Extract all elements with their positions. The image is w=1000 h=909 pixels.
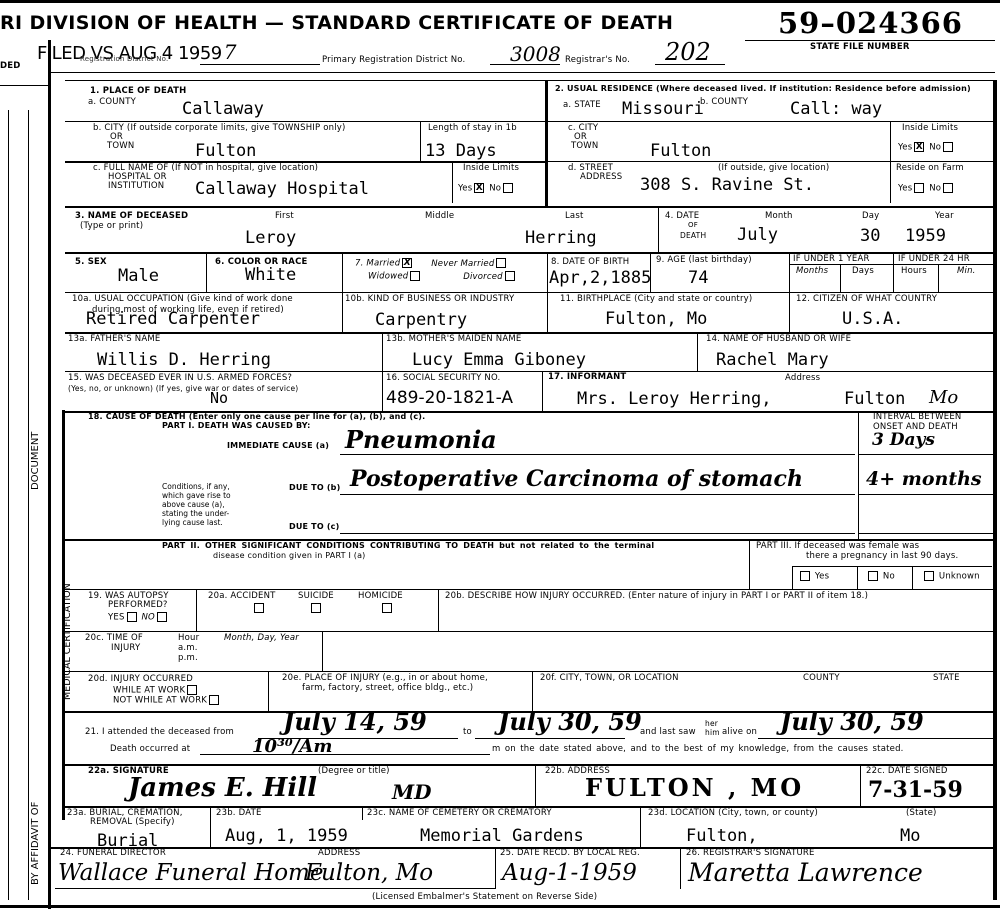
armed-forces-value: No [210, 391, 228, 406]
death-at-suffix: m on the date stated above, and to the b… [492, 745, 904, 754]
marital-status: 7. MarriedX Never Married [355, 258, 508, 268]
length-of-stay: 13 Days [425, 143, 497, 160]
injury-state-label: STATE [933, 674, 960, 683]
burial-state-label: (State) [906, 809, 937, 818]
note-line: which gave rise to [162, 491, 231, 500]
her-label: her [705, 720, 718, 728]
date-of-birth: Apr,2,1885 [549, 270, 651, 287]
funeral-address: Fulton, Mo [305, 862, 433, 885]
divider [535, 764, 536, 806]
yes-label: Yes [898, 143, 912, 153]
limits-divider [452, 161, 453, 203]
sex-label: 5. SEX [75, 258, 107, 267]
divider [938, 264, 939, 292]
cause-c-line [340, 533, 855, 534]
spouse-label: 14. NAME OF HUSBAND OR WIFE [706, 335, 851, 344]
disposition-label-2: REMOVAL (Specify) [90, 818, 175, 827]
margin-rule [0, 85, 50, 86]
homicide-checkbox[interactable] [382, 603, 392, 613]
interval-a: 3 Days [872, 432, 935, 449]
divider [857, 566, 858, 589]
form-right-border [993, 80, 997, 900]
bottom-border [0, 905, 1000, 908]
time-of-injury-label-2: INJURY [111, 644, 140, 653]
city-town: TOWN [107, 142, 134, 151]
yes-label: Yes [458, 184, 472, 194]
pm-label: p.m. [178, 654, 198, 663]
res-inside-limits-label: Inside Limits [902, 124, 958, 133]
funeral-director: Wallace Funeral Home [58, 862, 323, 885]
mother-label: 13b. MOTHER'S MAIDEN NAME [386, 335, 521, 344]
date-received: Aug-1-1959 [502, 862, 637, 885]
place-of-death-heading: 1. PLACE OF DEATH [90, 87, 186, 96]
cemetery-label: 23c. NAME OF CEMETERY OR CREMATORY [367, 809, 552, 818]
accident-checkbox[interactable] [254, 603, 264, 613]
yes-label: Yes [898, 184, 912, 194]
not-while-at-work: NOT WHILE AT WORK [113, 695, 221, 705]
physician-address: FULTON , MO [585, 776, 804, 800]
sex-value: Male [118, 268, 159, 285]
alive-label: alive on [722, 728, 757, 737]
margin-line-2 [28, 110, 29, 900]
yes-label: YES [108, 613, 125, 623]
row-rule [65, 371, 995, 372]
divider [547, 292, 548, 332]
industry-value: Carpentry [375, 312, 467, 329]
informant-address-label: Address [785, 374, 820, 383]
location-label: 23d. LOCATION (City, town, or county) [648, 809, 818, 818]
dod-label: 4. DATE [665, 212, 699, 221]
fill-line [758, 738, 993, 739]
interval-b: 4+ months [866, 470, 982, 489]
physician-signature: James E. Hill [128, 775, 317, 801]
cause-b-line [340, 494, 855, 495]
res-inside-limits-yes-checkbox[interactable]: X [914, 142, 924, 152]
inside-limits-no-checkbox[interactable] [503, 183, 513, 193]
preg-rule [792, 566, 992, 567]
inside-limits-yes-checkbox[interactable]: X [474, 183, 484, 193]
last-label: Last [565, 212, 584, 221]
divider [893, 252, 894, 292]
age-value: 74 [688, 270, 708, 287]
note-line: above cause (a), [162, 500, 231, 509]
farm-yes-checkbox[interactable] [914, 183, 924, 193]
married-checkbox[interactable]: X [402, 258, 412, 268]
street-label-2: ADDRESS [580, 173, 622, 182]
registrar-signature-label: 26. REGISTRAR'S SIGNATURE [686, 849, 815, 858]
citizen-label: 12. CITIZEN OF WHAT COUNTRY [796, 295, 937, 304]
never-married-checkbox[interactable] [496, 258, 506, 268]
divider [322, 631, 323, 671]
registrar-signature: Maretta Lawrence [688, 860, 923, 885]
widowed-checkbox[interactable] [410, 271, 420, 281]
row-rule [548, 121, 993, 122]
informant-name: Mrs. Leroy Herring, [577, 391, 771, 408]
pregnancy-yes: Yes [798, 571, 829, 581]
informant-address-hand: Mo [929, 389, 958, 407]
interval-line [858, 494, 993, 495]
deceased-first-name: Leroy [245, 230, 296, 247]
last-saw-alive: July 30, 59 [780, 710, 924, 734]
no-label: No [929, 184, 941, 194]
primary-district-label: Primary Registration District No. [322, 56, 465, 65]
immediate-cause-label: IMMEDIATE CAUSE (a) [227, 442, 329, 450]
medical-bar [62, 410, 65, 820]
fill-line [200, 754, 490, 755]
residence-street: 308 S. Ravine St. [640, 177, 814, 194]
date-signed-label: 22c. DATE SIGNED [866, 767, 948, 776]
not-at-work-label: NOT WHILE AT WORK [113, 696, 207, 706]
primary-underline [490, 64, 560, 65]
month-label: Month [765, 212, 793, 221]
divorced-label: Divorced [463, 272, 503, 282]
dod-label-2: OF [688, 222, 698, 229]
burial-location: Fulton, [686, 828, 758, 845]
no-label: NO [141, 613, 154, 623]
street-note: (If outside, give location) [718, 164, 829, 173]
interval-line [858, 454, 993, 455]
age-label: 9. AGE (last birthday) [656, 256, 752, 265]
divider [789, 292, 790, 332]
injury-county-label: COUNTY [803, 674, 840, 683]
occupation-label: 10a. USUAL OCCUPATION (Give kind of work… [72, 295, 293, 304]
armed-forces-sub: (Yes, no, or unknown) (If yes, give war … [68, 385, 298, 393]
min-label: Min. [957, 267, 976, 276]
at-work-label: WHILE AT WORK [113, 686, 185, 696]
immediate-cause: Pneumonia [345, 428, 497, 452]
birthplace-value: Fulton, Mo [605, 311, 707, 328]
autopsy-no-checkbox[interactable] [157, 612, 167, 622]
primary-district-no: 3008 [510, 44, 561, 64]
injury-occurred-label: 20d. INJURY OCCURRED [88, 675, 193, 684]
pregnancy-unknown: Unknown [922, 571, 980, 581]
res-inside-limits-no-checkbox[interactable] [943, 142, 953, 152]
middle-label: Middle [425, 212, 454, 221]
divider [210, 806, 211, 848]
cemetery-name: Memorial Gardens [420, 828, 584, 845]
interval-line [858, 533, 993, 534]
attended-from: July 14, 59 [283, 710, 427, 734]
social-security-number: 489-20-1821-A [386, 390, 513, 407]
note-line: stating the under- [162, 509, 231, 518]
autopsy-yes-checkbox[interactable] [127, 612, 137, 622]
days-label: Days [852, 267, 874, 276]
file-number-underline [745, 40, 995, 41]
divider [680, 847, 681, 889]
margin-line-1 [8, 110, 9, 900]
divider [495, 847, 496, 889]
registrar-underline [655, 64, 725, 65]
armed-forces-label: 15. WAS DECEASED EVER IN U.S. ARMED FORC… [68, 374, 292, 383]
due-to-c-label: DUE TO (c) [289, 523, 339, 531]
section-rule [65, 589, 995, 590]
never-married-label: Never Married [431, 259, 494, 269]
marital-status-row2: Widowed Divorced [368, 271, 517, 281]
him-label: him [705, 729, 720, 737]
divider [650, 252, 651, 292]
due-to-b-label: DUE TO (b) [289, 484, 340, 492]
row-rule [65, 332, 995, 334]
married-label: 7. Married [355, 259, 400, 269]
header-rule [50, 72, 995, 73]
section-rule [65, 764, 995, 766]
death-year: 1959 [905, 228, 946, 245]
divider [912, 566, 913, 589]
divider [438, 589, 439, 631]
attended-label: 21. I attended the deceased from [85, 728, 234, 737]
row-rule [65, 631, 995, 632]
death-day: 30 [860, 228, 880, 245]
funeral-address-label: ADDRESS [318, 849, 360, 858]
death-month: July [737, 227, 778, 244]
physician-degree: MD [392, 782, 431, 802]
recd-label: 25. DATE RECD. BY LOCAL REG. [500, 849, 640, 858]
sub-rule [789, 264, 994, 265]
informant-label: 17. INFORMANT [548, 373, 626, 382]
occupation-value: Retired Carpenter [86, 311, 260, 328]
autopsy-label-2: PERFORMED? [108, 601, 168, 610]
no-label: No [489, 184, 501, 194]
divider [547, 252, 548, 292]
residence-county: Call: way [790, 101, 882, 118]
no-label: No [883, 572, 895, 582]
fill-line [475, 738, 625, 739]
funeral-director-label: 24. FUNERAL DIRECTOR [60, 849, 166, 858]
degree-label: (Degree or title) [318, 767, 390, 776]
to-label: to [463, 728, 472, 737]
row-rule [548, 161, 993, 162]
death-county: Callaway [182, 101, 264, 118]
describe-injury-label: 20b. DESCRIBE HOW INJURY OCCURRED. (Ente… [445, 592, 868, 601]
under-1yr-label: IF UNDER 1 YEAR [793, 255, 870, 264]
month-day-year-label: Month, Day, Year [224, 634, 299, 643]
city-label: b. CITY (If outside corporate limits, gi… [93, 124, 346, 133]
stay-divider [420, 121, 421, 161]
res-city-town: TOWN [571, 142, 598, 151]
sec1-sec2-divider [545, 80, 548, 208]
reside-on-farm: Yes No [898, 183, 955, 193]
name-sub: (Type or print) [80, 222, 143, 231]
accident-label: 20a. ACCIDENT [208, 592, 276, 601]
first-label: First [275, 212, 294, 221]
state-file-number: 59–024366 [778, 6, 963, 40]
section-top-rule [65, 80, 995, 81]
no-label: No [929, 143, 941, 153]
divider [697, 332, 698, 372]
last-saw-label: and last saw [640, 728, 696, 737]
state-label: a. STATE [563, 101, 601, 110]
county-label: a. COUNTY [88, 98, 136, 107]
pregnancy-no: No [866, 571, 895, 581]
not-at-work-checkbox[interactable] [209, 695, 219, 705]
place-of-injury-label: 20e. PLACE OF INJURY (e.g., in or about … [282, 674, 488, 683]
death-city: Fulton [195, 143, 256, 160]
dod-divider [658, 206, 659, 252]
am-label: a.m. [178, 644, 198, 653]
certificate-title: RI DIVISION OF HEALTH — STANDARD CERTIFI… [0, 12, 673, 34]
spouse-name: Rachel Mary [716, 352, 829, 369]
informant-address: Fulton [844, 391, 905, 408]
race-value: White [245, 267, 296, 284]
divider [789, 252, 790, 292]
inside-limits-label: Inside Limits [463, 164, 519, 173]
suicide-label: SUICIDE [298, 592, 334, 601]
year-label: Year [935, 212, 954, 221]
note-line: Conditions, if any, [162, 482, 231, 491]
while-at-work: WHILE AT WORK [113, 685, 199, 695]
hour-label: Hour [178, 634, 199, 643]
divider [532, 671, 533, 711]
divider [206, 252, 207, 292]
death-at-label: Death occurred at [110, 745, 190, 754]
part3-divider [749, 539, 750, 589]
residence-county-label: b. COUNTY [700, 98, 748, 107]
divider [196, 589, 197, 631]
unknown-label: Unknown [939, 572, 980, 582]
registrar-no: 202 [665, 40, 711, 64]
farm-no-checkbox[interactable] [943, 183, 953, 193]
divorced-checkbox[interactable] [505, 271, 515, 281]
part2-label: PART II. OTHER SIGNIFICANT CONDITIONS CO… [162, 542, 654, 550]
part3-label-2: there a pregnancy in last 90 days. [806, 552, 958, 561]
divider [362, 806, 363, 820]
autopsy-performed: YES NO [108, 612, 169, 622]
district-underline [200, 64, 320, 65]
divider [860, 764, 861, 806]
farm-label: Reside on Farm [896, 164, 964, 173]
pregnancy-unknown-checkbox[interactable] [924, 571, 934, 581]
interval-divider [858, 411, 859, 539]
place-of-injury-label-2: farm, factory, street, office bldg., etc… [302, 684, 473, 693]
registration-district-label: Registration District No. [80, 56, 168, 63]
ssn-label: 16. SOCIAL SECURITY NO. [386, 374, 500, 383]
dod-label-3: DEATH [680, 232, 706, 240]
res-limits-divider [890, 121, 891, 203]
burial-date-label: 23b. DATE [216, 809, 262, 818]
registrar-no-label: Registrar's No. [565, 56, 630, 65]
top-border [0, 0, 1000, 3]
hours-label: Hours [901, 267, 927, 276]
injury-city-label: 20f. CITY, TOWN, OR LOCATION [540, 674, 679, 683]
name-label: 3. NAME OF DECEASED [75, 212, 188, 221]
part1-label: PART I. DEATH WAS CAUSED BY: [162, 422, 311, 430]
conditions-note: Conditions, if any, which gave rise to a… [162, 482, 231, 527]
suicide-checkbox[interactable] [311, 603, 321, 613]
date-signed: 7-31-59 [868, 779, 963, 801]
left-margin-label: DED [0, 62, 21, 71]
embalmer-statement-note: (Licensed Embalmer's Statement on Revers… [372, 893, 597, 902]
due-to-b-cause: Postoperative Carcinoma of stomach [350, 468, 803, 490]
mother-maiden-name: Lucy Emma Giboney [412, 352, 586, 369]
row-rule [65, 292, 995, 293]
residence-inside-limits: YesX No [898, 142, 955, 152]
attended-to: July 30, 59 [498, 710, 642, 734]
birthplace-label: 11. BIRTHPLACE (City and state or countr… [560, 295, 752, 304]
part2-label-2: disease condition given in PART I (a) [213, 552, 366, 560]
industry-label: 10b. KIND OF BUSINESS OR INDUSTRY [345, 295, 514, 304]
burial-state: Mo [900, 828, 920, 845]
side-label-by-affidavit: BY AFFIDAVIT OF [30, 802, 41, 885]
day-label: Day [862, 212, 879, 221]
hospital-name: Callaway Hospital [195, 181, 369, 198]
state-file-number-label: STATE FILE NUMBER [810, 43, 910, 52]
row-rule [65, 671, 995, 672]
months-label: Months [796, 267, 828, 276]
father-name: Willis D. Herring [97, 352, 271, 369]
yes-label: Yes [815, 572, 829, 582]
residence-city: Fulton [650, 143, 711, 160]
dob-label: 8. DATE OF BIRTH [551, 258, 629, 267]
father-label: 13a. FATHER'S NAME [68, 335, 160, 344]
divider [382, 332, 383, 412]
fill-line [55, 888, 495, 889]
divider [542, 371, 543, 411]
under-24hr-label: IF UNDER 24 HR [898, 255, 970, 264]
interval-label: INTERVAL BETWEEN [873, 413, 962, 422]
pregnancy-no-checkbox[interactable] [868, 571, 878, 581]
residence-state: Missouri [622, 101, 704, 118]
note-line: lying cause last. [162, 518, 231, 527]
widowed-label: Widowed [368, 272, 408, 282]
divider [840, 264, 841, 292]
usual-residence-heading: 2. USUAL RESIDENCE (Where deceased lived… [555, 85, 971, 93]
death-inside-limits: YesX No [458, 183, 515, 193]
burial-date: Aug, 1, 1959 [225, 828, 348, 845]
deceased-last-name: Herring [525, 230, 597, 247]
death-time: 10³⁰/Am [252, 738, 332, 756]
side-label-document: DOCUMENT [30, 432, 41, 490]
at-work-checkbox[interactable] [187, 685, 197, 695]
form-left-border [48, 40, 51, 909]
cause-a-line [340, 454, 855, 455]
homicide-label: HOMICIDE [358, 592, 403, 601]
divider [792, 566, 793, 589]
row-rule [65, 121, 545, 122]
part3-label: PART III. If deceased was female was [756, 542, 919, 551]
pregnancy-yes-checkbox[interactable] [800, 571, 810, 581]
section-rule [65, 206, 995, 208]
time-of-injury-label: 20c. TIME OF [85, 634, 143, 643]
filed-suffix: 7 [224, 40, 236, 64]
divider [268, 671, 269, 711]
divider [640, 806, 641, 848]
hospital-label-3: INSTITUTION [108, 182, 164, 191]
citizen-value: U.S.A. [842, 311, 903, 328]
stay-label: Length of stay in 1b [428, 124, 517, 133]
